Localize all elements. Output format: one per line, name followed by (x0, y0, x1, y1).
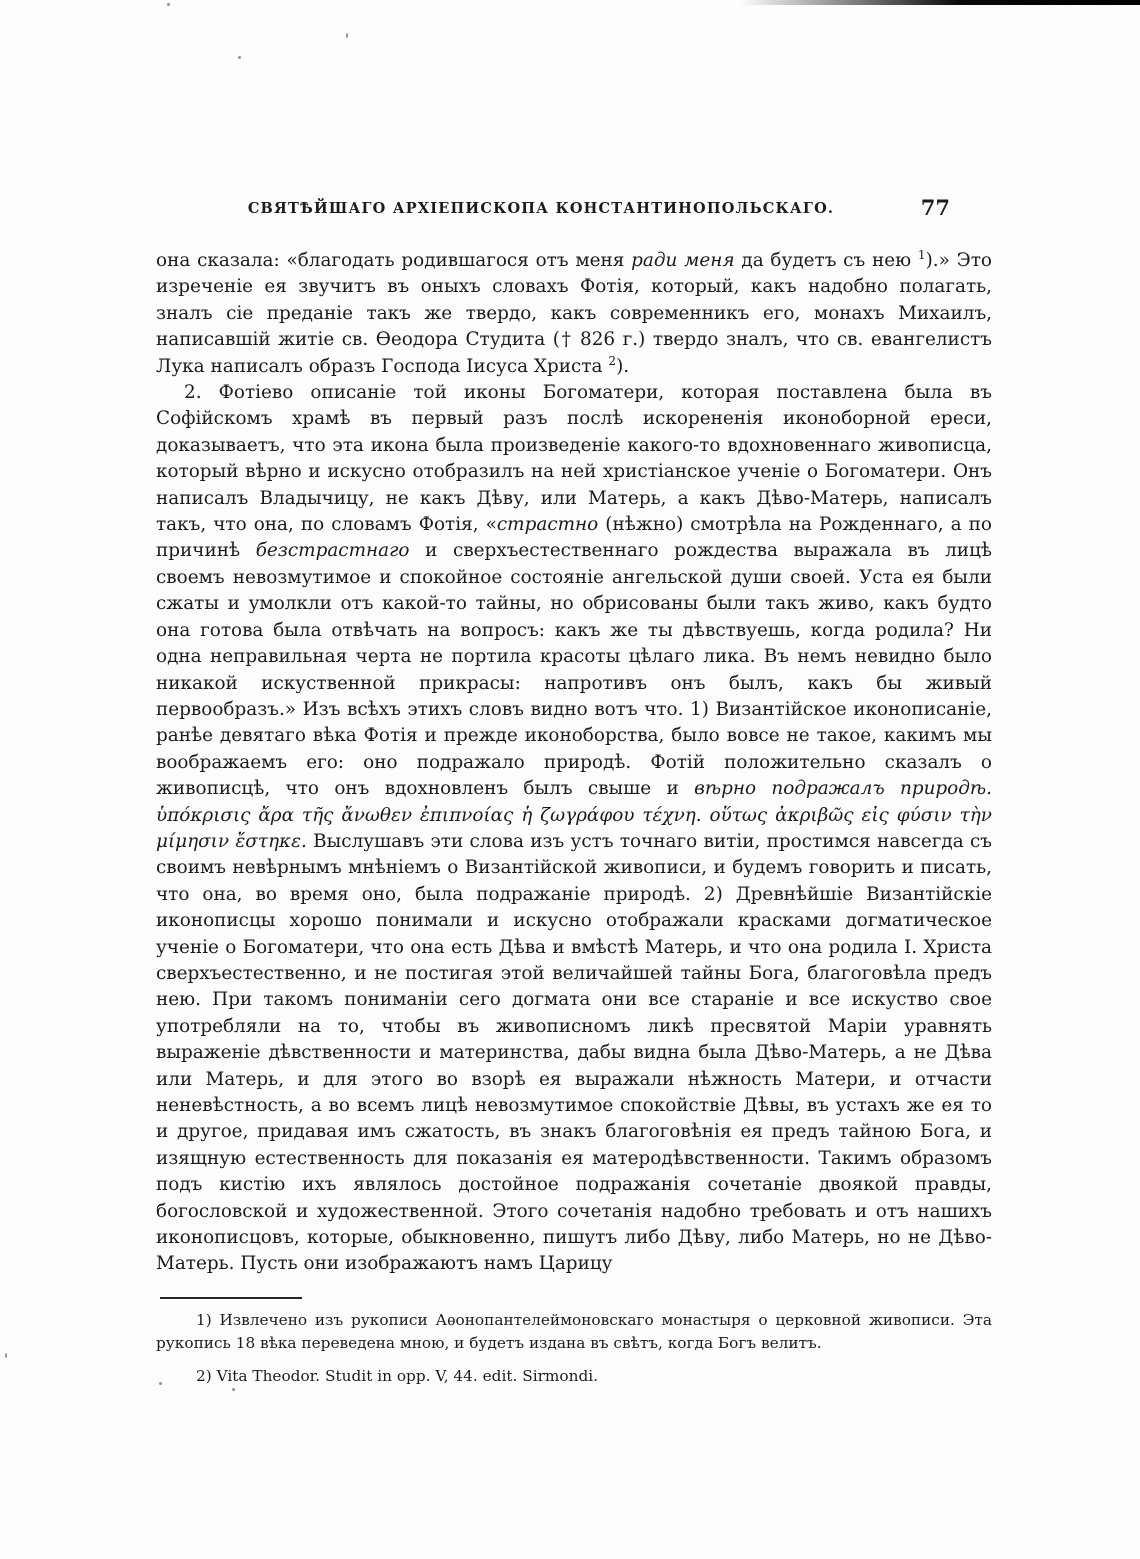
scan-speckle (167, 3, 170, 6)
scanned-book-page: СВЯТѢЙШАГО АРХІЕПИСКОПА КОНСТАНТИНОПОЛЬС… (0, 0, 1140, 1559)
footnote-reference-mark: 1 (918, 248, 926, 262)
scan-artifact-top-edge (740, 0, 1140, 5)
text-segment: 1) Извлечено изъ рукописи Аѳонопантелейм… (156, 1311, 992, 1353)
footnote-1: 1) Извлечено изъ рукописи Аѳонопантелейм… (156, 1309, 992, 1356)
text-segment: 2) Vita Theodor. Studit in opp. V, 44. e… (196, 1367, 598, 1385)
body-text: она сказала: «благодать родившагося отъ … (156, 248, 992, 1278)
text-segment: она сказала: «благодать родившагося отъ … (156, 250, 631, 271)
paragraph-2: 2. Фотіево описаніе той иконы Богоматери… (156, 380, 992, 1278)
text-segment: и сверхъестественнаго рождества выражала… (156, 540, 992, 799)
running-title: СВЯТѢЙШАГО АРХІЕПИСКОПА КОНСТАНТИНОПОЛЬС… (123, 200, 959, 217)
page-header: СВЯТѢЙШАГО АРХІЕПИСКОПА КОНСТАНТИНОПОЛЬС… (156, 200, 992, 222)
footnotes-section: 1) Извлечено изъ рукописи Аѳонопантелейм… (156, 1309, 992, 1389)
paragraph-continuation: она сказала: «благодать родившагося отъ … (156, 248, 992, 380)
emphasized-text: страстно (497, 514, 598, 535)
scan-speckle (5, 1353, 7, 1358)
footnote-2: 2) Vita Theodor. Studit in opp. V, 44. e… (156, 1365, 992, 1389)
text-segment: да будетъ съ нею (735, 250, 918, 271)
scan-speckle (346, 33, 348, 38)
scan-speckle (238, 56, 241, 59)
text-segment: ). (616, 356, 629, 377)
text-segment: Выслушавъ эти слова изъ устъ точнаго вит… (156, 831, 992, 1275)
emphasized-text: безстрастнаго (256, 540, 410, 561)
footnote-separator-rule (160, 1297, 302, 1299)
emphasized-text: ради меня (631, 250, 734, 271)
emphasized-text: вѣрно подражалъ природѣ. (694, 778, 992, 799)
text-block: СВЯТѢЙШАГО АРХІЕПИСКОПА КОНСТАНТИНОПОЛЬС… (156, 200, 992, 1397)
text-segment: 2. Фотіево описаніе той иконы Богоматери… (156, 382, 992, 535)
footnote-reference-mark: 2 (608, 354, 616, 368)
page-number: 77 (921, 195, 950, 220)
